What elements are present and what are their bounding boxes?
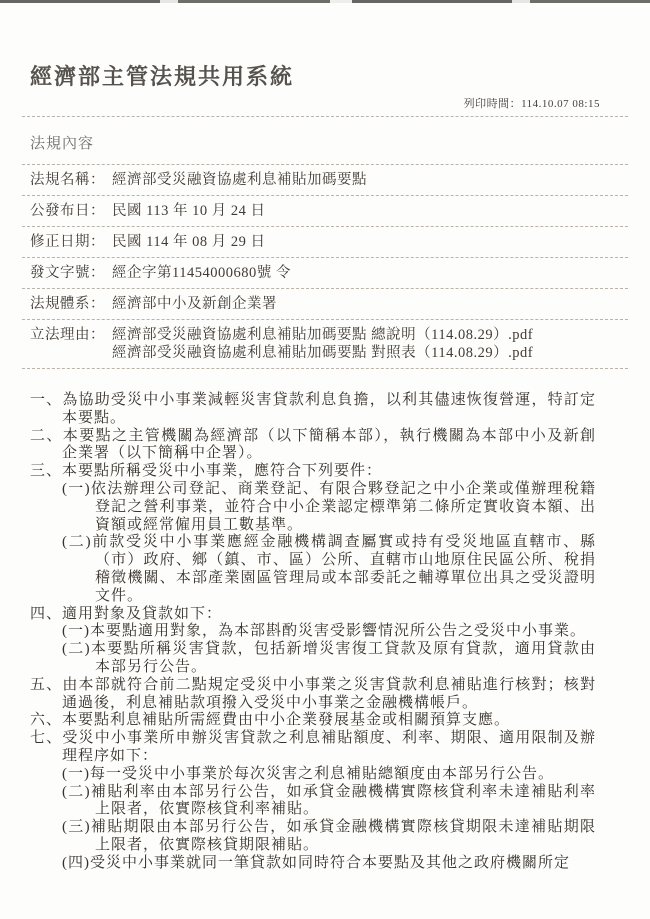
body-paragraph: (二)本要點所稱災害貸款，包括新增災害復工貸款及原有貸款，適用貸款由本部另行公告… — [62, 641, 596, 677]
attachment-list: 經濟部受災融資協處利息補貼加碼要點 總說明（114.08.29）.pdf 經濟部… — [112, 327, 628, 361]
regulation-body-text: 一、為協助受災中小事業減輕災害貸款利息負擔，以利其儘速恢復營運，特訂定本要點。 … — [30, 392, 596, 873]
print-timestamp: 列印時間：114.10.07 08:15 — [22, 95, 628, 111]
field-label: 法規體系： — [30, 296, 112, 312]
field-label: 法規名稱： — [30, 172, 112, 188]
body-paragraph: 六、本要點利息補貼所需經費由中小企業發展基金或相關預算支應。 — [30, 712, 596, 730]
field-value: 民國 114 年 08 月 29 日 — [112, 234, 628, 250]
field-label: 立法理由： — [30, 327, 112, 343]
divider — [22, 116, 628, 117]
field-value: 經濟部受災融資協處利息補貼加碼要點 — [112, 172, 628, 188]
body-paragraph: 七、受災中小事業所申辦災害貸款之利息補貼額度、利率、期限、適用限制及辦理程序如下… — [30, 730, 596, 766]
body-paragraph: (一)本要點適用對象，為本部斟酌災害受影響情況所公告之受災中小事業。 — [62, 623, 596, 641]
body-paragraph: 三、本要點所稱受災中小事業，應符合下列要件： — [30, 463, 596, 481]
body-paragraph: (二)前款受災中小事業應經金融機構調查屬實或持有受災地區直轄市、縣（市）政府、鄉… — [62, 534, 596, 605]
field-row-regulation-system: 法規體系： 經濟部中小及新創企業署 — [22, 289, 628, 320]
section-title: 法規內容 — [30, 132, 628, 153]
page-title: 經濟部主管法規共用系統 — [30, 60, 628, 91]
body-paragraph: 二、本要點之主管機關為經濟部（以下簡稱本部），執行機關為本部中小及新創企業署（以… — [30, 428, 596, 464]
field-row-regulation-name: 法規名稱： 經濟部受災融資協處利息補貼加碼要點 — [22, 165, 628, 196]
field-row-amend-date: 修正日期： 民國 114 年 08 月 29 日 — [22, 227, 628, 258]
field-label: 發文字號： — [30, 265, 112, 281]
field-label: 公發布日： — [30, 203, 112, 219]
field-value: 經企字第11454000680號 令 — [112, 265, 628, 281]
body-paragraph: (一)每一受災中小事業於每次災害之利息補貼總額度由本部另行公告。 — [62, 766, 596, 784]
body-paragraph: 五、由本部就符合前二點規定受災中小事業之災害貸款利息補貼進行核對；核對通過後，利… — [30, 677, 596, 713]
field-row-document-number: 發文字號： 經企字第11454000680號 令 — [22, 258, 628, 289]
body-paragraph: (二)補貼利率由本部另行公告，如承貸金融機構實際核貸利率未達補貼利率上限者，依實… — [62, 784, 596, 820]
body-paragraph: 一、為協助受災中小事業減輕災害貸款利息負擔，以利其儘速恢復營運，特訂定本要點。 — [30, 392, 596, 428]
field-label: 修正日期： — [30, 234, 112, 250]
body-paragraph: (一)依法辦理公司登記、商業登記、有限合夥登記之中小企業或僅辦理稅籍登記之營利事… — [62, 481, 596, 534]
regulation-info-table: 法規名稱： 經濟部受災融資協處利息補貼加碼要點 公發布日： 民國 113 年 1… — [22, 165, 628, 369]
attachment-link-comparison-table-pdf[interactable]: 經濟部受災融資協處利息補貼加碼要點 對照表（114.08.29）.pdf — [112, 345, 628, 361]
field-value: 民國 113 年 10 月 24 日 — [112, 203, 628, 219]
field-value: 經濟部中小及新創企業署 — [112, 296, 628, 312]
scanned-document-page: 經濟部主管法規共用系統 列印時間：114.10.07 08:15 法規內容 法規… — [0, 0, 650, 919]
field-row-legislative-reason: 立法理由： 經濟部受災融資協處利息補貼加碼要點 總說明（114.08.29）.p… — [22, 320, 628, 369]
scan-artifact-line — [0, 0, 650, 3]
body-paragraph: (四)受災中小事業就同一筆貸款如同時符合本要點及其他之政府機關所定 — [62, 855, 596, 873]
body-paragraph: 四、適用對象及貸款如下： — [30, 606, 596, 624]
field-row-announce-date: 公發布日： 民國 113 年 10 月 24 日 — [22, 196, 628, 227]
attachment-link-general-explanation-pdf[interactable]: 經濟部受災融資協處利息補貼加碼要點 總說明（114.08.29）.pdf — [112, 327, 628, 343]
body-paragraph: (三)補貼期限由本部另行公告，如承貸金融機構實際核貸期限未達補貼期限上限者，依實… — [62, 819, 596, 855]
